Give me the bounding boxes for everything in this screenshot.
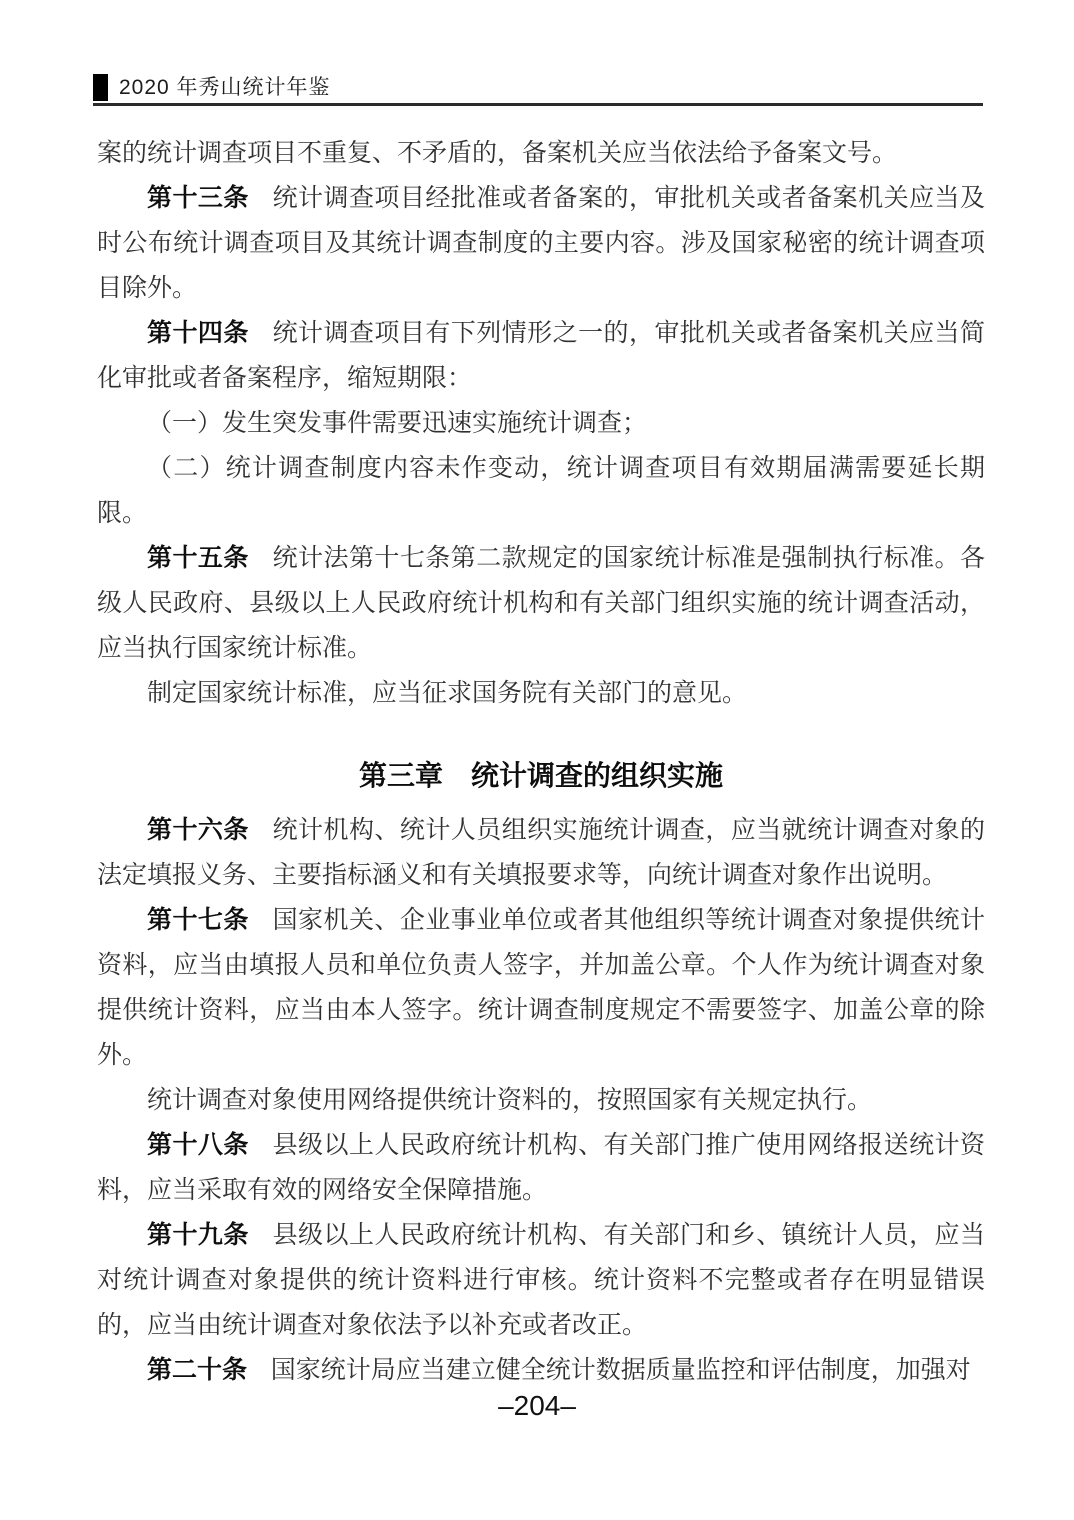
article-number: 第二十条 [147,1357,247,1384]
yearbook-page: 2020 年秀山统计年鉴 案的统计调查项目不重复、不矛盾的，备案机关应当依法给予… [0,0,1074,1520]
paragraph-text: 统计调查对象使用网络提供统计资料的，按照国家有关规定执行。 [147,1087,872,1114]
page-number: –204– [498,1390,576,1421]
body-paragraph: 第十七条国家机关、企业事业单位或者其他组织等统计调查对象提供统计资料，应当由填报… [97,898,985,1078]
body-paragraph: 第二十条国家统计局应当建立健全统计数据质量监控和评估制度，加强对 [97,1348,985,1393]
page-header: 2020 年秀山统计年鉴 [93,74,983,106]
article-number: 第十九条 [147,1222,249,1249]
article-number: 第十三条 [147,185,249,212]
article-number: 第十五条 [147,545,249,572]
page-footer: –204– [0,1390,1074,1422]
body-paragraph: 案的统计调查项目不重复、不矛盾的，备案机关应当依法给予备案文号。 [97,131,985,176]
body-paragraph: （一）发生突发事件需要迅速实施统计调查； [97,401,985,446]
paragraph-text: 案的统计调查项目不重复、不矛盾的，备案机关应当依法给予备案文号。 [97,140,897,167]
paragraph-text: 制定国家统计标准，应当征求国务院有关部门的意见。 [147,680,747,707]
article-number: 第十四条 [147,320,249,347]
article-number: 第十八条 [147,1132,249,1159]
header-block-marker [93,74,108,101]
body-paragraph: 第十六条统计机构、统计人员组织实施统计调查，应当就统计调查对象的法定填报义务、主… [97,808,985,898]
body-paragraph: 统计调查对象使用网络提供统计资料的，按照国家有关规定执行。 [97,1078,985,1123]
body-paragraph: 第十三条统计调查项目经批准或者备案的，审批机关或者备案机关应当及时公布统计调查项… [97,176,985,311]
header-title: 2020 年秀山统计年鉴 [119,74,331,101]
body-paragraph: （二）统计调查制度内容未作变动，统计调查项目有效期届满需要延长期限。 [97,446,985,536]
paragraph-text: （二）统计调查制度内容未作变动，统计调查项目有效期届满需要延长期限。 [97,455,985,527]
chapter-title: 统计调查的组织实施 [471,760,723,791]
paragraph-text: 国家统计局应当建立健全统计数据质量监控和评估制度，加强对 [271,1357,971,1384]
article-number: 第十六条 [147,817,249,844]
document-body: 案的统计调查项目不重复、不矛盾的，备案机关应当依法给予备案文号。 第十三条统计调… [97,131,985,1393]
chapter-heading: 第三章统计调查的组织实施 [97,754,985,798]
body-paragraph: 第十九条县级以上人民政府统计机构、有关部门和乡、镇统计人员，应当对统计调查对象提… [97,1213,985,1348]
article-number: 第十七条 [147,907,249,934]
body-paragraph: 制定国家统计标准，应当征求国务院有关部门的意见。 [97,671,985,716]
body-paragraph: 第十八条县级以上人民政府统计机构、有关部门推广使用网络报送统计资料，应当采取有效… [97,1123,985,1213]
paragraph-text: （一）发生突发事件需要迅速实施统计调查； [147,410,647,437]
body-paragraph: 第十五条统计法第十七条第二款规定的国家统计标准是强制执行标准。各级人民政府、县级… [97,536,985,671]
chapter-number: 第三章 [359,760,443,791]
body-paragraph: 第十四条统计调查项目有下列情形之一的，审批机关或者备案机关应当简化审批或者备案程… [97,311,985,401]
